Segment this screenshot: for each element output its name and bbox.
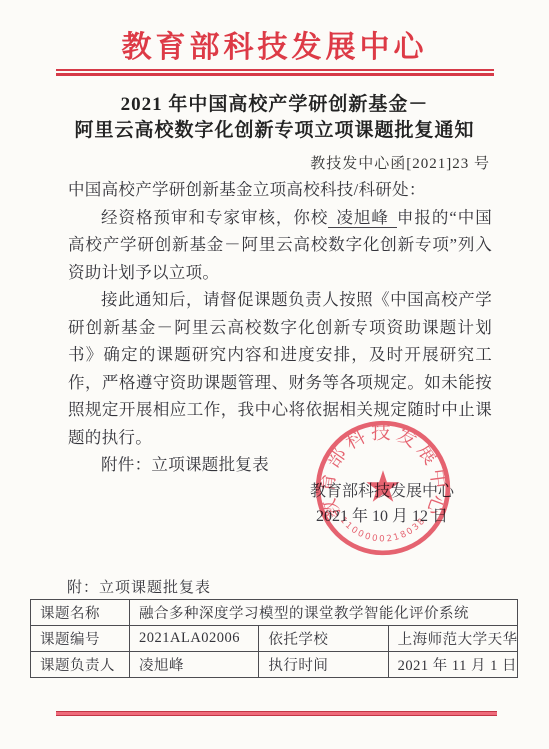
table-label-project-name: 课题名称	[31, 600, 130, 626]
table-value-project-number: 2021ALA02006	[130, 626, 259, 652]
document-page: 教育部科技发展中心 2021 年中国高校产学研创新基金－ 阿里云高校数字化创新专…	[0, 0, 549, 749]
footer-divider	[56, 711, 497, 716]
document-title-line2: 阿里云高校数字化创新专项立项课题批复通知	[0, 118, 549, 144]
letterhead-divider-thick-line	[56, 73, 494, 76]
document-title: 2021 年中国高校产学研创新基金－ 阿里云高校数字化创新专项立项课题批复通知	[0, 92, 549, 144]
paragraph-approval: 经资格预审和专家审核，你校凌旭峰申报的“中国高校产学研创新基金－阿里云高校数字化…	[68, 204, 492, 287]
signature-block: 教育部科技发展中心 2021 年 10 月 12 日	[297, 479, 467, 529]
table-label-project-number: 课题编号	[31, 626, 130, 652]
approval-table: 课题名称 融合多种深度学习模型的课堂教学智能化评价系统 课题编号 2021ALA…	[30, 599, 518, 678]
table-value-project-name: 融合多种深度学习模型的课堂教学智能化评价系统	[130, 600, 518, 626]
table-label-execution-period: 执行时间	[259, 652, 388, 678]
table-row: 课题名称 融合多种深度学习模型的课堂教学智能化评价系统	[31, 600, 518, 626]
table-value-project-leader: 凌旭峰	[130, 652, 259, 678]
applicant-name-underlined: 凌旭峰	[328, 208, 396, 228]
table-label-project-leader: 课题负责人	[31, 652, 130, 678]
paragraph-requirements: 接此通知后，请督促课题负责人按照《中国高校产学研创新基金－阿里云高校数字化创新专…	[68, 286, 492, 451]
table-row: 课题负责人 凌旭峰 执行时间 2021 年 11 月 1 日至 2022 年 1…	[31, 652, 518, 678]
signature-date: 2021 年 10 月 12 日	[297, 504, 467, 529]
table-value-execution-period: 2021 年 11 月 1 日至 2022 年 11 月 1 日	[388, 652, 517, 678]
paragraph-approval-prefix: 经资格预审和专家审核，你校	[101, 208, 328, 227]
salutation-line: 中国高校产学研创新基金立项高校科技/科研处：	[68, 176, 492, 204]
table-label-host-school: 依托学校	[259, 626, 388, 652]
document-reference-number: 教技发中心函[2021]23 号	[0, 152, 490, 173]
letterhead-org-title: 教育部科技发展中心	[0, 22, 549, 66]
table-row: 课题编号 2021ALA02006 依托学校 上海师范大学天华学院	[31, 626, 518, 652]
document-body: 中国高校产学研创新基金立项高校科技/科研处： 经资格预审和专家审核，你校凌旭峰申…	[68, 176, 492, 479]
attachment-table-title: 附：立项课题批复表	[67, 576, 211, 597]
table-value-host-school: 上海师范大学天华学院	[388, 626, 517, 652]
document-title-line1: 2021 年中国高校产学研创新基金－	[0, 92, 549, 118]
letterhead-divider	[56, 69, 494, 76]
signature-org-name: 教育部科技发展中心	[297, 479, 467, 504]
attachment-note: 附件：立项课题批复表	[68, 451, 492, 479]
